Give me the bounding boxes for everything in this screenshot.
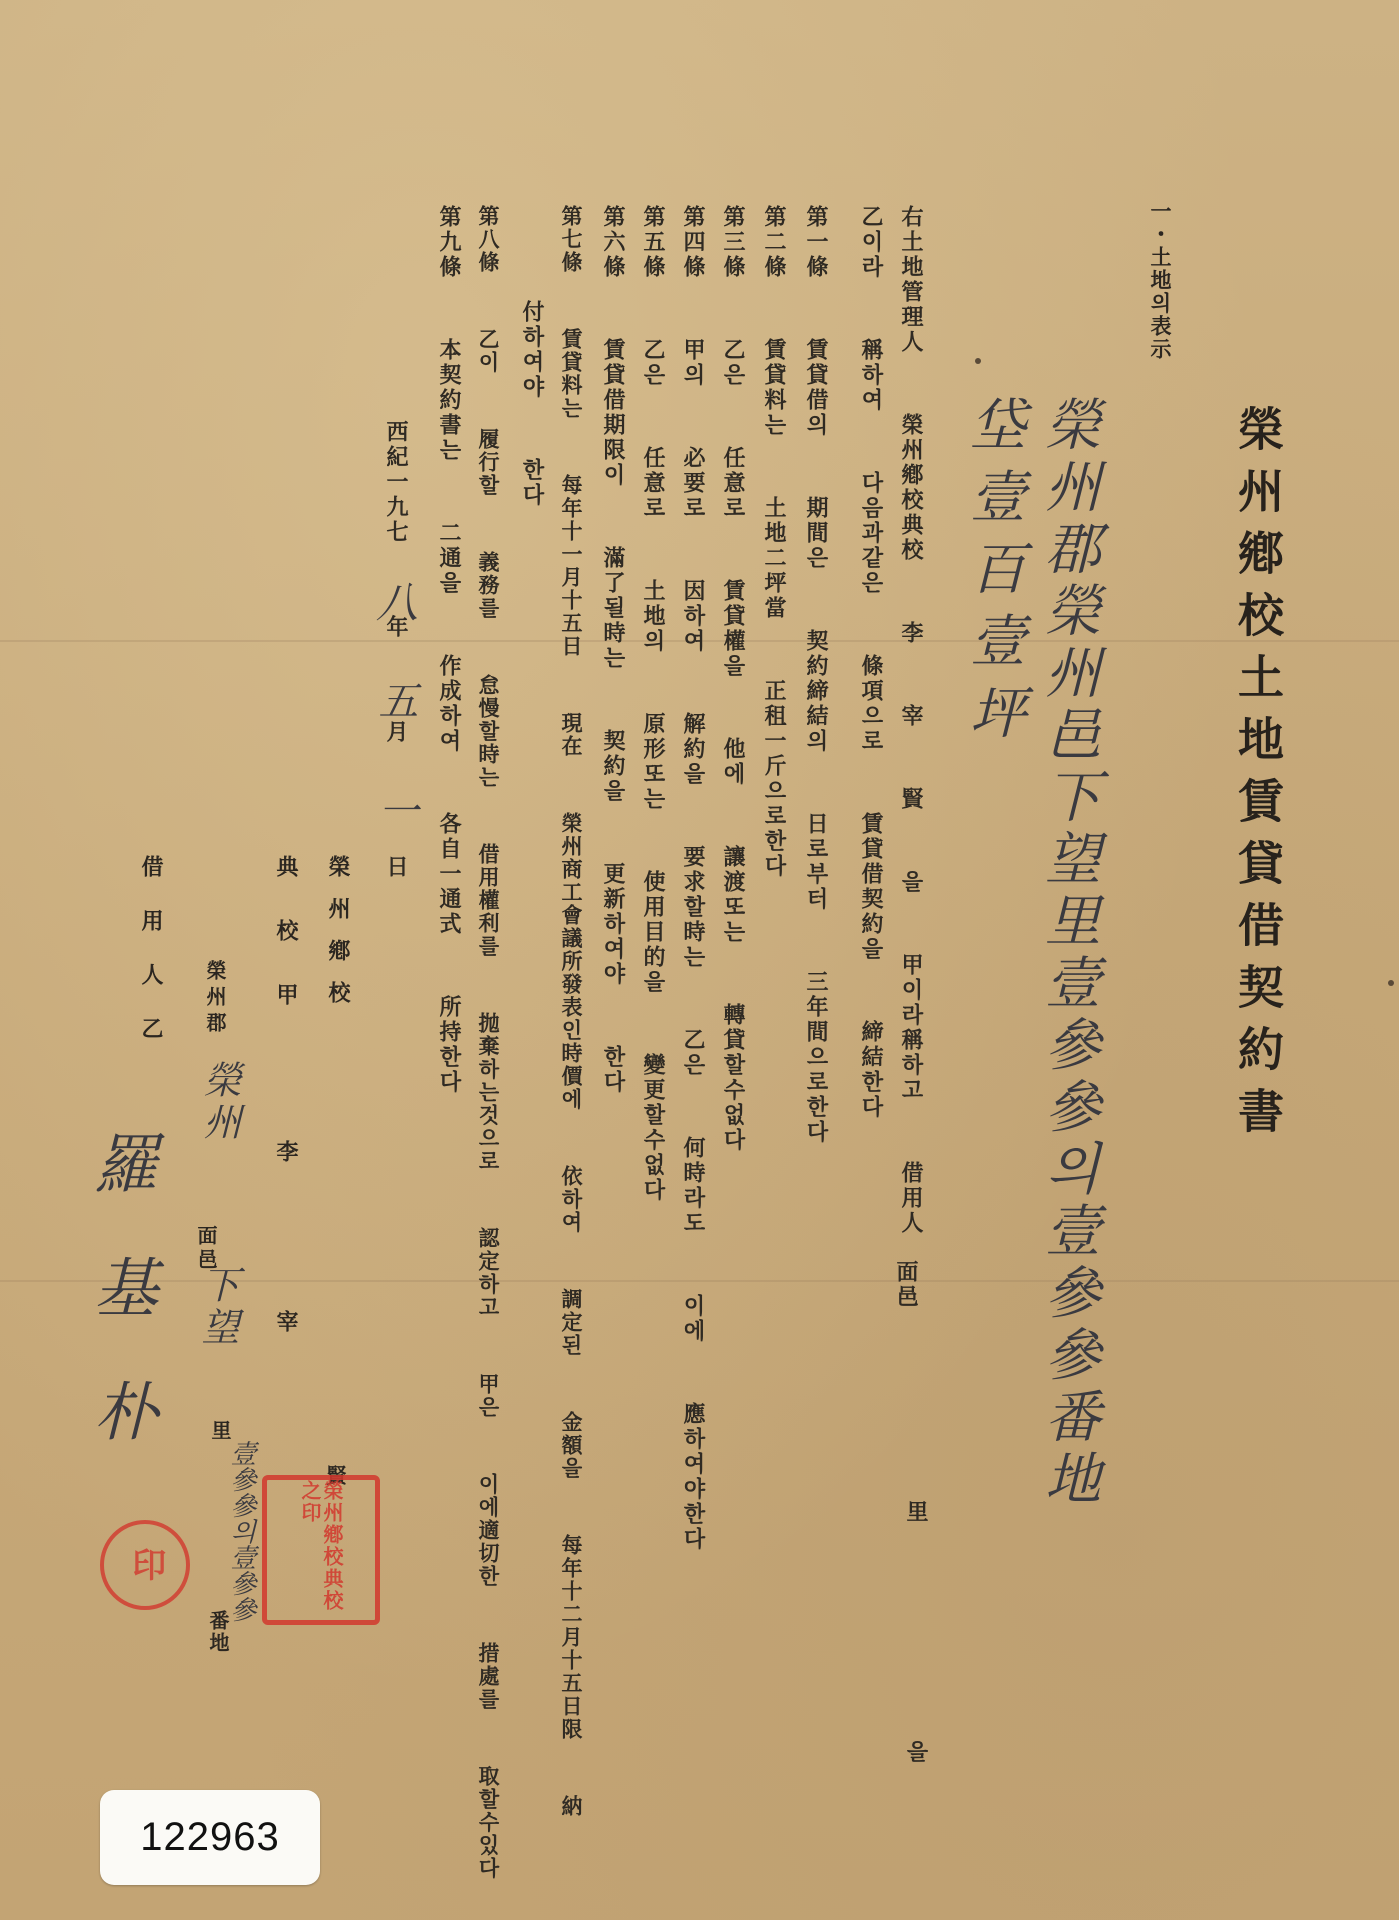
ink-spot <box>1388 980 1394 986</box>
lessee-handwritten-signature: 羅基朴 <box>88 1130 152 1502</box>
section-heading: 一・土地의表示 <box>1150 200 1171 361</box>
article-number: 第五條 <box>640 205 666 280</box>
lessee-address-village-handwritten: 下望 <box>198 1265 236 1349</box>
article-2: 第二條 賃貸料는 土地二坪當 正租一斤으로한다 <box>763 205 785 879</box>
article-number: 第三條 <box>720 205 746 280</box>
article-number: 第六條 <box>600 205 626 280</box>
article-text: 賃貸料는 每年十一月十五日 現在 榮州商工會議所發表인時價에 依하여 調定된 金… <box>559 328 584 1818</box>
date-year-suffix: 年 <box>385 615 407 640</box>
lessor-name-surname: 李 <box>275 1140 297 1166</box>
lessor-name-char-2: 宰 <box>275 1310 297 1336</box>
article-5: 第五條 乙은 任意로 土地의 原形또는 使用目的을 變更할수없다 <box>642 205 664 1203</box>
lessor-org: 榮州鄕校 <box>327 855 349 1023</box>
ink-spot <box>975 358 981 364</box>
article-8: 第八條 乙이 履行할 義務를 怠慢할時는 借用權利를 抛棄하는것으로 認定하고 … <box>478 205 499 1880</box>
article-text: 賃貸借의 期間은 契約締結의 日로부터 三年間으로한다 <box>803 338 829 1145</box>
preamble-village: 里 <box>905 1500 927 1525</box>
article-text: 乙이 履行할 義務를 怠慢할時는 借用權利를 抛棄하는것으로 認定하고 甲은 이… <box>476 328 501 1880</box>
handwritten-land-area: 垈壹百壹坪 <box>965 395 1021 755</box>
preamble-line-1: 右土地管理人 榮州鄕校典校 李 宰 賢 을 甲이라稱하고 借用人 <box>900 205 922 1236</box>
article-text: 乙은 任意로 賃貸權을 他에 讓渡또는 轉貸할수없다 <box>720 338 746 1153</box>
preamble-town: 面邑 <box>895 1260 917 1310</box>
article-4: 第四條 甲의 必要로 因하여 解約을 要求할時는 乙은 何時라도 이에 應하여야… <box>682 205 704 1552</box>
date-prefix: 西紀一九七 <box>385 420 407 545</box>
lessee-address-town-handwritten: 榮州 <box>200 1060 238 1144</box>
article-number: 第八條 <box>476 205 501 274</box>
archive-number-label: 122963 <box>100 1790 320 1885</box>
article-text: 賃貸借期限이 滿了될時는 契約을 更新하여야 한다 <box>600 338 626 1095</box>
article-number: 第一條 <box>803 205 829 280</box>
article-number: 第二條 <box>761 205 787 280</box>
date-month-suffix: 月 <box>385 720 407 745</box>
seal-text: 印 <box>126 1547 163 1583</box>
article-1: 第一條 賃貸借의 期間은 契約締結의 日로부터 三年間으로한다 <box>805 205 827 1145</box>
article-6: 第六條 賃貸借期限이 滿了될時는 契約을 更新하여야 한다 <box>602 205 624 1095</box>
article-text: 本契約書는 二通을 作成하여 各自一通式 所持한다 <box>436 338 462 1095</box>
article-number: 第九條 <box>436 205 462 280</box>
article-text: 甲의 必要로 因하여 解約을 要求할時는 乙은 何時라도 이에 應하여야한다 <box>680 338 706 1552</box>
lessee-role: 借用人乙 <box>140 855 162 1071</box>
archive-number: 122963 <box>140 1815 279 1860</box>
article-7: 第七條 賃貸料는 每年十一月十五日 現在 榮州商工會議所發表인時價에 依하여 調… <box>561 205 582 1818</box>
preamble-object-marker: 을 <box>905 1740 927 1765</box>
handwritten-land-address: 榮州郡榮州邑下望里壹參參의壹參參番地 <box>1040 395 1096 1511</box>
article-number: 第七條 <box>559 205 584 274</box>
lessee-address-county: 榮州郡 <box>205 960 225 1038</box>
date-day-handwritten: 一 <box>375 790 415 844</box>
article-7-continuation: 付하여야 한다 <box>521 300 543 508</box>
article-3: 第三條 乙은 任意로 賃貸權을 他에 讓渡또는 轉貸할수없다 <box>722 205 744 1153</box>
lessor-role: 典校甲 <box>275 855 297 1047</box>
date-day-suffix: 日 <box>385 855 407 880</box>
article-text: 賃貸料는 土地二坪當 正租一斤으로한다 <box>761 338 787 879</box>
article-number: 第四條 <box>680 205 706 280</box>
seal-text: 榮州鄕校典校之印 <box>299 1480 343 1620</box>
document-title: 榮州鄕校土地賃貸借契約書 <box>1235 405 1281 1149</box>
personal-round-seal: 印 <box>100 1520 190 1610</box>
lessee-address-lot-handwritten: 壹參參의壹參參 <box>228 1440 254 1622</box>
preamble-line-2: 乙이라 稱하여 다음과같은 條項으로 賃貸借契約을 締結한다 <box>860 205 882 1120</box>
lessee-address-lot: 番地 <box>208 1610 228 1654</box>
official-square-seal: 榮州鄕校典校之印 <box>262 1475 380 1625</box>
article-text: 乙은 任意로 土地의 原形또는 使用目的을 變更할수없다 <box>640 338 666 1203</box>
article-9: 第九條 本契約書는 二通을 作成하여 各自一通式 所持한다 <box>438 205 460 1095</box>
